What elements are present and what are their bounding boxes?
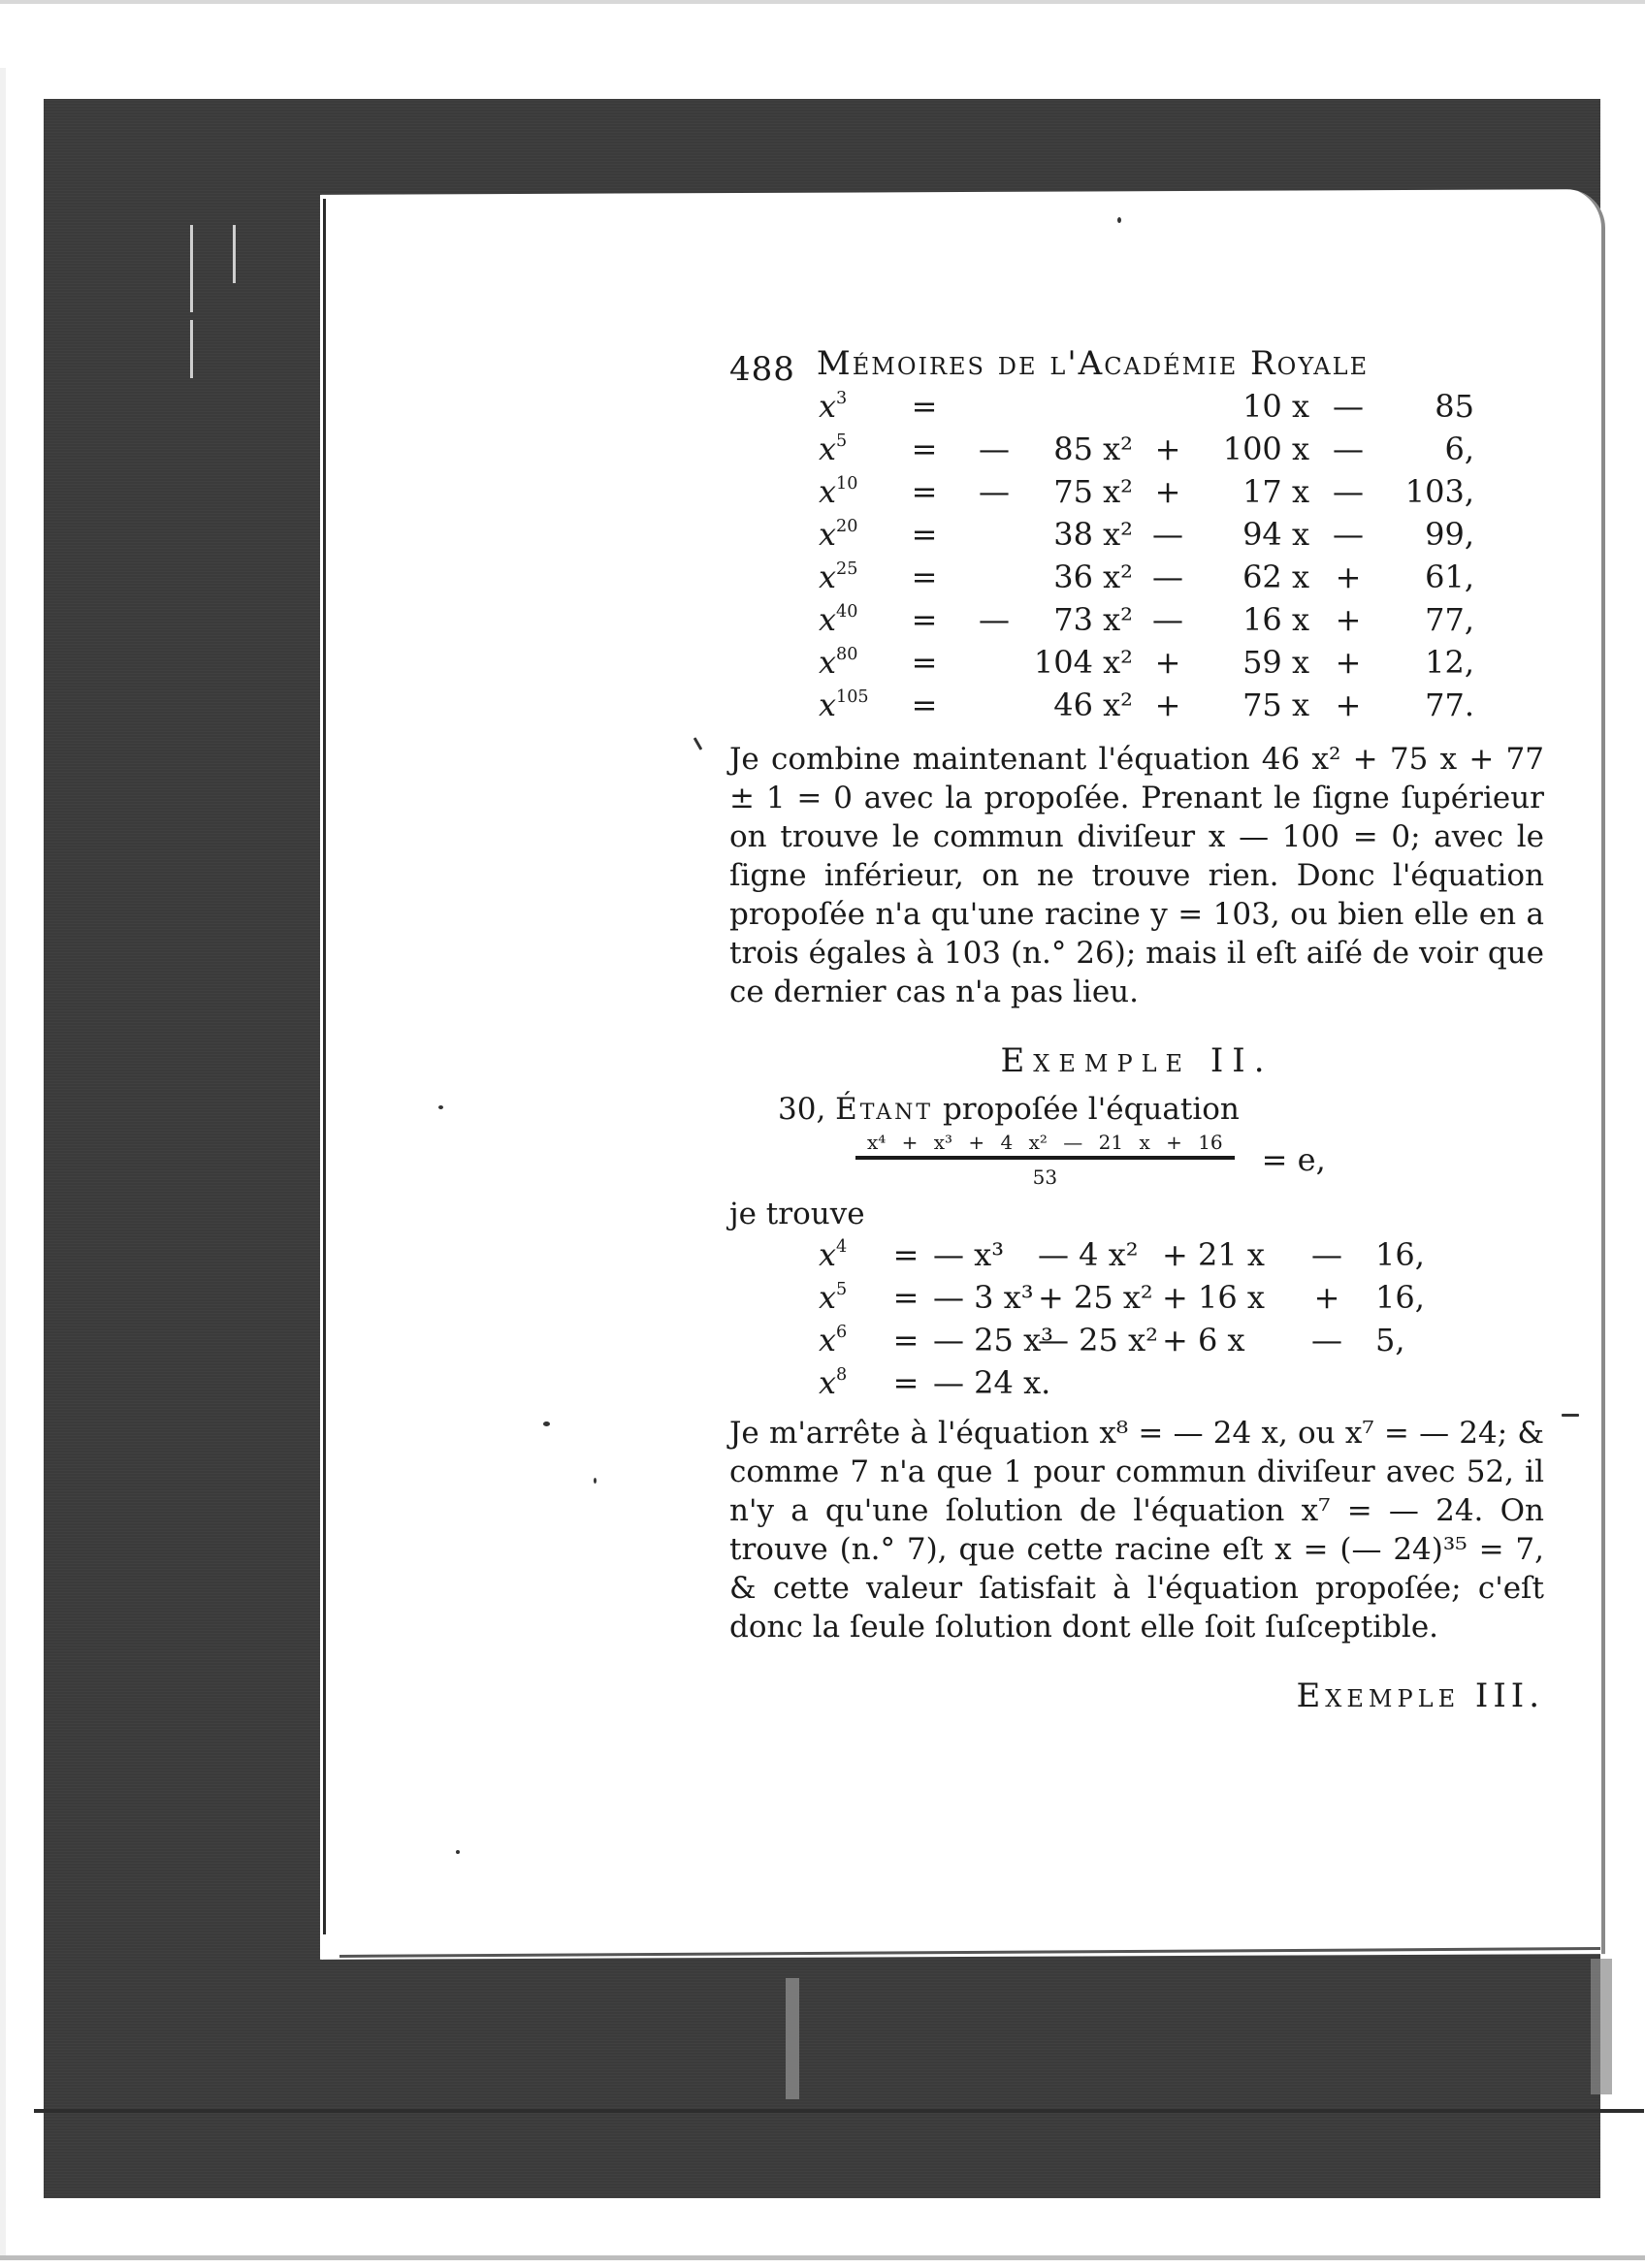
cubic-term: — 24 x. [933, 1361, 1038, 1404]
scan-light-streak [786, 1978, 799, 2099]
equation-row: x5 = — 3 x³ + 25 x² + 16 x + 16, [819, 1276, 1544, 1319]
exponent: 4 [836, 1237, 847, 1257]
quadratic-term: 38 x² [1026, 513, 1133, 556]
equals-sign: = [887, 684, 962, 726]
linear-term: 17 x [1203, 470, 1309, 513]
operator: + [1309, 684, 1387, 726]
sign: — [962, 470, 1026, 513]
fraction-rhs: = e, [1262, 1141, 1326, 1178]
equals-sign: = [887, 513, 962, 556]
exponent: 20 [836, 517, 857, 536]
operator: + [1309, 641, 1387, 684]
scan-artifact-mark [233, 225, 236, 283]
exponent: 5 [836, 1280, 847, 1299]
running-head: 488 Mémoires de l'Académie Royale [729, 344, 1544, 383]
article-30: 30, Étant propoſée l'équation [729, 1090, 1544, 1129]
operator: — [1133, 556, 1203, 598]
equation-row: x5 = — 85 x² + 100 x — 6, [819, 428, 1544, 470]
article-text: propoſée l'équation [943, 1092, 1240, 1127]
exponent: 25 [836, 559, 857, 579]
fraction-denominator: 53 [1033, 1160, 1057, 1189]
paragraph-combination: Je combine maintenant l'équation 46 x² +… [729, 740, 1544, 1011]
exponent: 5 [836, 431, 847, 451]
exponent: 105 [836, 687, 869, 707]
page-edge-left [323, 199, 326, 1934]
equation-row: x4 = — x³ — 4 x² + 21 x — 16, [819, 1233, 1544, 1276]
equation-row: x6 = — 25 x³ — 25 x² + 6 x — 5, [819, 1319, 1544, 1361]
linear-term: 16 x [1203, 598, 1309, 641]
exponent: 80 [836, 645, 857, 664]
exponent: 6 [836, 1323, 847, 1342]
constant-term: 5, [1375, 1319, 1443, 1361]
variable: x [819, 687, 836, 723]
operator: — [1133, 513, 1203, 556]
equals-sign: = [887, 385, 962, 428]
quadratic-term: — 25 x² [1038, 1319, 1162, 1361]
linear-term: 10 x [1203, 385, 1309, 428]
constant-term: 6, [1387, 428, 1474, 470]
variable: x [819, 1236, 836, 1273]
operator: — [1278, 1233, 1375, 1276]
equals-sign: = [887, 470, 962, 513]
equation-row: x3 = 10 x — 85 [819, 385, 1544, 428]
equals-sign: = [887, 556, 962, 598]
equals-sign: = [879, 1233, 933, 1276]
operator: — [1309, 513, 1387, 556]
exponent: 10 [836, 474, 857, 494]
scan-speck [438, 1105, 443, 1109]
equals-sign: = [887, 598, 962, 641]
variable: x [819, 473, 836, 510]
constant-term: 99, [1387, 513, 1474, 556]
quadratic-term: — 4 x² [1038, 1233, 1162, 1276]
scanner-edge-top [0, 0, 1645, 4]
operator: + [1278, 1276, 1375, 1319]
quadratic-term: 104 x² [1026, 641, 1133, 684]
proposed-equation: x⁴ + x³ + 4 x² — 21 x + 16 53 = e, [855, 1131, 1544, 1189]
je-trouve: je trouve [729, 1195, 1544, 1233]
sign: — [962, 598, 1026, 641]
article-lead: Étant [835, 1092, 933, 1127]
operator: — [1309, 470, 1387, 513]
equation-row: x105 = 46 x² + 75 x + 77. [819, 684, 1544, 726]
operator: — [1309, 385, 1387, 428]
scan-light-streak [1591, 1959, 1612, 2094]
equation-row: x80 = 104 x² + 59 x + 12, [819, 641, 1544, 684]
fraction-numerator: x⁴ + x³ + 4 x² — 21 x + 16 [855, 1131, 1235, 1160]
cubic-term: — 25 x³ [933, 1319, 1038, 1361]
quadratic-term: 36 x² [1026, 556, 1133, 598]
constant-term: 16, [1375, 1276, 1443, 1319]
variable: x [819, 601, 836, 638]
equals-sign: = [879, 1361, 933, 1404]
quadratic-term: 46 x² [1026, 684, 1133, 726]
variable: x [819, 431, 836, 467]
powers-table-example-2: x4 = — x³ — 4 x² + 21 x — 16, x5 = — 3 x… [819, 1233, 1544, 1404]
variable: x [819, 644, 836, 681]
variable: x [819, 1322, 836, 1358]
operator: — [1133, 598, 1203, 641]
scan-speck [1562, 1414, 1579, 1417]
scan-bottom-rule [34, 2109, 1644, 2113]
linear-term: + 21 x [1162, 1233, 1278, 1276]
operator: — [1309, 428, 1387, 470]
cubic-term: — x³ [933, 1233, 1038, 1276]
linear-term: 59 x [1203, 641, 1309, 684]
constant-term: 77, [1387, 598, 1474, 641]
equation-row: x8 = — 24 x. [819, 1361, 1544, 1404]
cubic-term: — 3 x³ [933, 1276, 1038, 1319]
quadratic-term: 75 x² [1026, 470, 1133, 513]
scanner-edge-left [0, 68, 6, 2259]
quadratic-term: + 25 x² [1038, 1276, 1162, 1319]
operator: + [1309, 598, 1387, 641]
equation-row: x10 = — 75 x² + 17 x — 103, [819, 470, 1544, 513]
scan-speck [456, 1850, 460, 1854]
linear-term: + 16 x [1162, 1276, 1278, 1319]
operator: + [1133, 684, 1203, 726]
equals-sign: = [879, 1276, 933, 1319]
variable: x [819, 388, 836, 425]
operator: + [1309, 556, 1387, 598]
operator: + [1133, 428, 1203, 470]
section-heading-example-3: Exemple III. [729, 1677, 1544, 1715]
section-heading-example-2: Exemple II. [729, 1041, 1544, 1080]
page-number: 488 [729, 350, 795, 389]
variable: x [819, 1364, 836, 1401]
exponent: 3 [836, 389, 847, 408]
linear-term: + 6 x [1162, 1319, 1278, 1361]
constant-term: 85 [1387, 385, 1474, 428]
quadratic-term: 73 x² [1026, 598, 1133, 641]
variable: x [819, 1279, 836, 1316]
equation-row: x20 = 38 x² — 94 x — 99, [819, 513, 1544, 556]
linear-term: 94 x [1203, 513, 1309, 556]
equals-sign: = [887, 641, 962, 684]
constant-term: 77. [1387, 684, 1474, 726]
equals-sign: = [879, 1319, 933, 1361]
sign: — [962, 428, 1026, 470]
equation-row: x40 = — 73 x² — 16 x + 77, [819, 598, 1544, 641]
scan-speck [594, 1478, 597, 1484]
constant-term: 61, [1387, 556, 1474, 598]
journal-title: Mémoires de l'Académie Royale [817, 344, 1369, 383]
scan-speck [1117, 217, 1121, 223]
constant-term: 12, [1387, 641, 1474, 684]
equation-row: x25 = 36 x² — 62 x + 61, [819, 556, 1544, 598]
paragraph-example-2: Je m'arrête à l'équation x⁸ = — 24 x, ou… [729, 1414, 1544, 1646]
exponent: 40 [836, 602, 857, 622]
variable: x [819, 559, 836, 595]
page-content: 488 Mémoires de l'Académie Royale x3 = 1… [729, 344, 1544, 1715]
operator: + [1133, 641, 1203, 684]
variable: x [819, 516, 836, 553]
linear-term: 62 x [1203, 556, 1309, 598]
operator: + [1133, 470, 1203, 513]
constant-term: 103, [1387, 470, 1474, 513]
article-number: 30, [778, 1092, 825, 1127]
equals-sign: = [887, 428, 962, 470]
linear-term: 100 x [1203, 428, 1309, 470]
fraction: x⁴ + x³ + 4 x² — 21 x + 16 53 [855, 1131, 1235, 1189]
scan-artifact-mark [190, 225, 193, 312]
linear-term: 75 x [1203, 684, 1309, 726]
quadratic-term: 85 x² [1026, 428, 1133, 470]
scan-artifact-mark [190, 320, 193, 378]
operator: — [1278, 1319, 1375, 1361]
constant-term: 16, [1375, 1233, 1443, 1276]
scan-speck [543, 1421, 550, 1426]
scanner-edge-bottom [0, 2255, 1645, 2260]
powers-table: x3 = 10 x — 85 x5 = — 85 x² + 100 x — 6,… [819, 385, 1544, 726]
exponent: 8 [836, 1365, 847, 1385]
